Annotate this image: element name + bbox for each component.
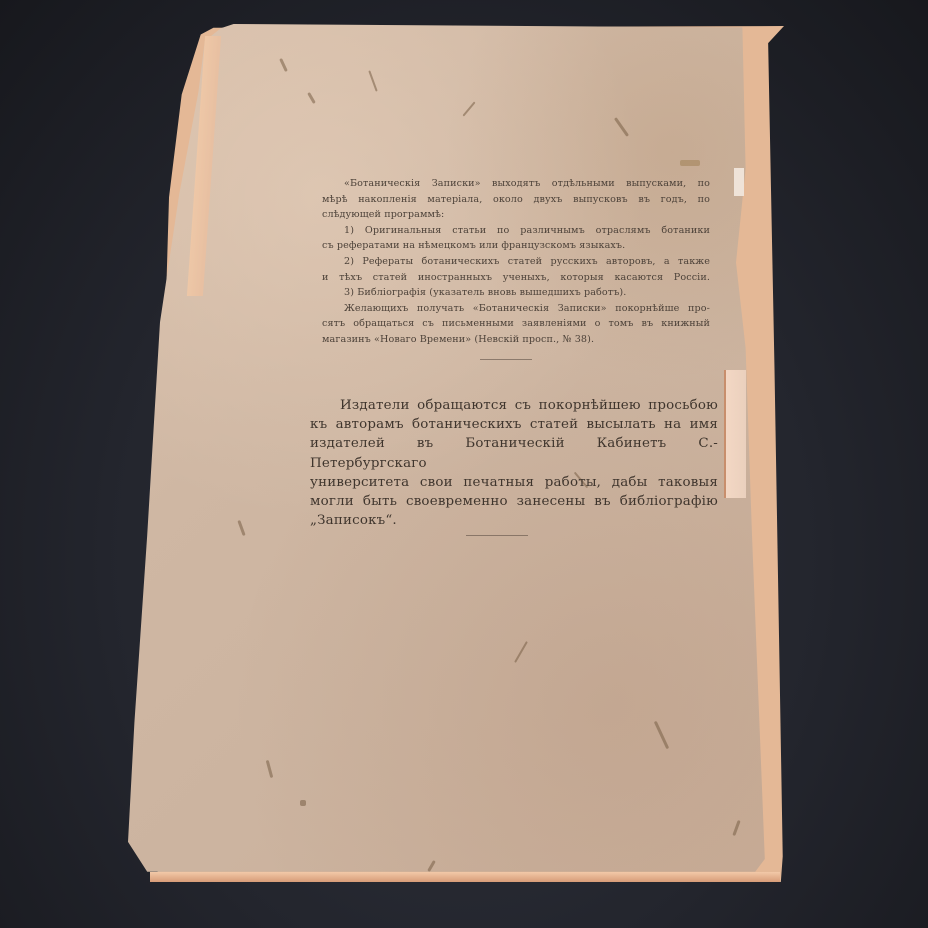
program-item-2-cont: и тѣхъ статей иностранныхъ ученыхъ, кото… (322, 270, 710, 286)
request-line: къ авторамъ ботаническихъ статей высылат… (310, 415, 718, 434)
paper-fleck (300, 800, 306, 806)
program-item-1-cont: съ рефератами на нѣмецкомъ или французск… (322, 238, 710, 254)
notice-line: мѣрѣ накопленія матеріала, около двухъ в… (322, 192, 710, 208)
paper-fleck (680, 160, 700, 166)
section-divider (480, 359, 532, 360)
subscription-line: магазинъ «Новаго Времени» (Невскій просп… (322, 332, 710, 348)
notice-line: слѣдующей программѣ: (322, 207, 710, 223)
request-line: университета свои печатныя работы, дабы … (310, 473, 718, 492)
journal-notice: «Ботаническія Записки» выходятъ отдѣльны… (322, 176, 710, 348)
subscription-line: Желающихъ получать «Ботаническія Записки… (322, 301, 710, 317)
page-bottom-edge (150, 872, 780, 882)
section-divider (466, 535, 528, 536)
request-line: могли быть своевременно занесены въ библ… (310, 492, 718, 511)
publishers-request: Издатели обращаются съ покорнѣйшею прось… (310, 396, 718, 530)
request-line: „Записокъ“. (310, 511, 718, 530)
request-line: издателей въ Ботаническій Кабинетъ С.-Пе… (310, 434, 718, 472)
subscription-line: сятъ обращаться съ письменными заявленія… (322, 316, 710, 332)
photo-scene: «Ботаническія Записки» выходятъ отдѣльны… (0, 0, 928, 928)
torn-paper-strip (724, 370, 746, 498)
program-item-3: 3) Библіографія (указатель вновь вышедши… (322, 285, 710, 301)
request-line: Издатели обращаются съ покорнѣйшею прось… (310, 396, 718, 415)
notice-line: «Ботаническія Записки» выходятъ отдѣльны… (322, 176, 710, 192)
torn-paper-fragment (734, 168, 744, 196)
program-item-1: 1) Оригинальныя статьи по различнымъ отр… (322, 223, 710, 239)
program-item-2: 2) Рефераты ботаническихъ статей русских… (322, 254, 710, 270)
